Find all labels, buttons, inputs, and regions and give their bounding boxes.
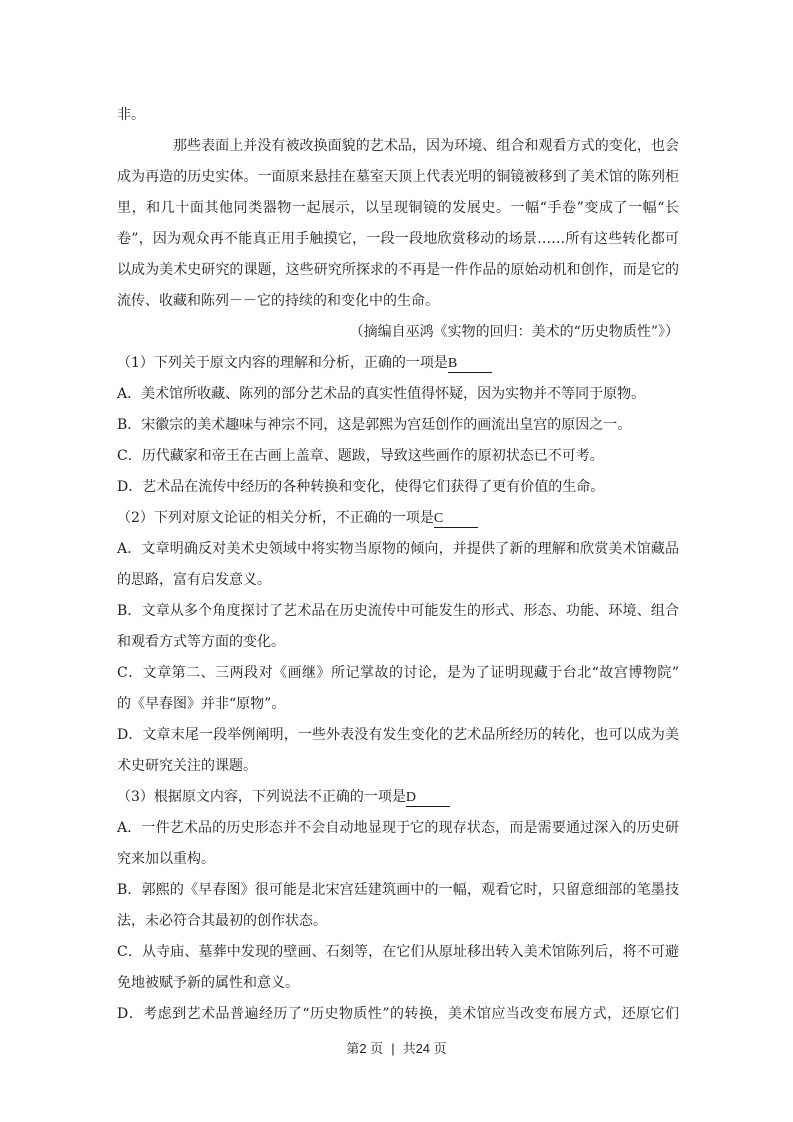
question-stem: （1）下列关于原文内容的理解和分析，正确的一项是B xyxy=(117,348,679,379)
option-line: 和观看方式等方面的变化。 xyxy=(117,627,679,658)
option-line: C．从寺庙、墓葬中发现的壁画、石刻等，在它们从原址移出转入美术馆陈列后，将不可避 xyxy=(117,937,679,968)
option-line: B．文章从多个角度探讨了艺术品在历史流传中可能发生的形式、形态、功能、环境、组合 xyxy=(117,596,679,627)
passage-line: 成为再造的历史实体。一面原来悬挂在墓室天顶上代表光明的铜镜被移到了美术馆的陈列柜 xyxy=(117,162,679,193)
question-text: （1）下列关于原文内容的理解和分析，正确的一项是 xyxy=(117,355,448,371)
option-line: 法，未必符合其最初的创作状态。 xyxy=(117,906,679,937)
page-footer: 第2 页|共24 页 xyxy=(0,1038,793,1057)
question-text: （2）下列对原文论证的相关分析，不正确的一项是 xyxy=(117,510,434,526)
answer-blank: C xyxy=(434,511,478,528)
question-text: （3）根据原文内容，下列说法不正确的一项是 xyxy=(117,789,406,805)
option-line: D．考虑到艺术品普遍经历了“历史物质性”的转换，美术馆应当改变布展方式，还原它们 xyxy=(117,999,679,1030)
total-pages: 共24 页 xyxy=(403,1041,447,1056)
option-line: 究来加以重构。 xyxy=(117,844,679,875)
document-page: 非。那些表面上并没有被改换面貌的艺术品，因为环境、组合和观看方式的变化，也会成为… xyxy=(0,0,793,1122)
option-line: B．宋徽宗的美术趣味与神宗不同，这是郭熙为宫廷创作的画流出皇宫的原因之一。 xyxy=(117,410,679,441)
passage-line: 流传、收藏和陈列－－它的持续的和变化中的生命。 xyxy=(117,286,679,317)
question-stem: （2）下列对原文论证的相关分析，不正确的一项是C xyxy=(117,503,679,534)
option-line: D．艺术品在流传中经历的各种转换和变化，使得它们获得了更有价值的生命。 xyxy=(117,472,679,503)
answer-blank: B xyxy=(448,356,492,373)
option-line: 的《早春图》并非“原物”。 xyxy=(117,689,679,720)
option-line: A．美术馆所收藏、陈列的部分艺术品的真实性值得怀疑，因为实物并不等同于原物。 xyxy=(117,379,679,410)
option-line: 术史研究关注的课题。 xyxy=(117,751,679,782)
page-content: 非。那些表面上并没有被改换面貌的艺术品，因为环境、组合和观看方式的变化，也会成为… xyxy=(117,100,679,1030)
passage-line: 非。 xyxy=(117,100,679,131)
passage-line: 以成为美术史研究的课题，这些研究所探求的不再是一件作品的原始动机和创作，而是它的 xyxy=(117,255,679,286)
option-line: 的思路，富有启发意义。 xyxy=(117,565,679,596)
citation: （摘编自巫鸿《实物的回归：美术的“历史物质性”》） xyxy=(117,317,679,348)
answer-blank: D xyxy=(406,790,450,807)
option-line: C．历代藏家和帝王在古画上盖章、题跋，导致这些画作的原初状态已不可考。 xyxy=(117,441,679,472)
passage-line: 卷”，因为观众再不能真正用手触摸它，一段一段地欣赏移动的场景……所有这些转化都可 xyxy=(117,224,679,255)
option-line: D．文章末尾一段举例阐明，一些外表没有发生变化的艺术品所经历的转化，也可以成为美 xyxy=(117,720,679,751)
option-line: 免地被赋予新的属性和意义。 xyxy=(117,968,679,999)
option-line: A．文章明确反对美术史领域中将实物当原物的倾向，并提供了新的理解和欣赏美术馆藏品 xyxy=(117,534,679,565)
question-stem: （3）根据原文内容，下列说法不正确的一项是D xyxy=(117,782,679,813)
passage-line: 里，和几十面其他同类器物一起展示，以呈现铜镜的发展史。一幅“手卷”变成了一幅“长 xyxy=(117,193,679,224)
option-line: A．一件艺术品的历史形态并不会自动地显现于它的现存状态，而是需要通过深入的历史研 xyxy=(117,813,679,844)
passage-line: 那些表面上并没有被改换面貌的艺术品，因为环境、组合和观看方式的变化，也会 xyxy=(117,131,679,162)
footer-separator: | xyxy=(391,1041,394,1056)
option-line: C．文章第二、三两段对《画继》所记掌故的讨论，是为了证明现藏于台北“故宫博物院” xyxy=(117,658,679,689)
option-line: B．郭熙的《早春图》很可能是北宋宫廷建筑画中的一幅，观看它时，只留意细部的笔墨技 xyxy=(117,875,679,906)
page-number: 第2 页 xyxy=(346,1041,383,1056)
